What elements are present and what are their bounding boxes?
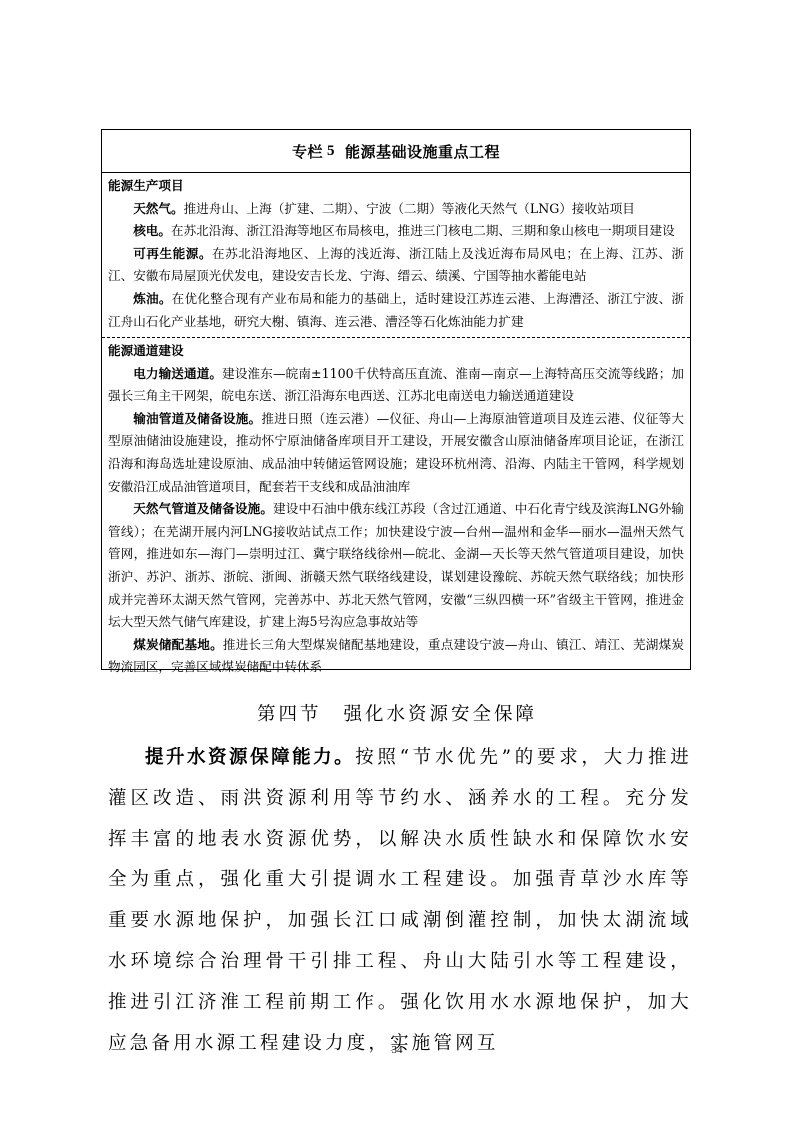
item-coal-storage: 煤炭储配基地。推进长三角大型煤炭储配基地建设，重点建设宁波—舟山、镇江、靖江、芜… (108, 634, 684, 679)
section-heading: 能源生产项目 (108, 175, 684, 198)
feature-box: 专栏 5 能源基础设施重点工程 能源生产项目 天然气。推进舟山、上海（扩建、二期… (101, 129, 691, 670)
feature-box-title: 专栏 5 能源基础设施重点工程 (102, 130, 690, 173)
item-lead: 电力输送通道。 (133, 366, 222, 381)
feature-box-number: 5 (327, 143, 335, 160)
section-number: 第四节 (257, 704, 322, 725)
box-section-energy-channels: 能源通道建设 电力输送通道。建设淮东—皖南±1100千伏特高压直流、淮南—南京—… (102, 338, 690, 681)
box-section-energy-production: 能源生产项目 天然气。推进舟山、上海（扩建、二期）、宁波（二期）等液化天然气（L… (102, 173, 690, 338)
item-refining: 炼油。在优化整合现有产业布局和能力的基础上，适时建设江苏连云港、上海漕泾、浙江宁… (108, 288, 684, 333)
document-page: 专栏 5 能源基础设施重点工程 能源生产项目 天然气。推进舟山、上海（扩建、二期… (0, 0, 794, 1123)
section-heading: 能源通道建设 (108, 340, 684, 363)
item-text: 在苏北沿海、浙江沿海等地区布局核电，推进三门核电二期、三期和象山核电一期项目建设 (171, 223, 675, 238)
feature-box-prefix: 专栏 (292, 141, 323, 162)
paragraph-lead: 提升水资源保障能力。 (145, 747, 355, 768)
paragraph-text: 按照“节水优先”的要求，大力推进灌区改造、雨洪资源利用等节约水、涵养水的工程。充… (108, 747, 692, 1054)
item-lead: 核电。 (133, 223, 171, 238)
item-lead: 煤炭储配基地。 (133, 637, 223, 652)
item-gas-pipelines: 天然气管道及储备设施。建设中石油中俄东线江苏段（含过江通道、中石化青宁线及滨海L… (108, 498, 684, 634)
item-lead: 天然气管道及储备设施。 (133, 501, 273, 516)
item-lead: 可再生能源。 (133, 246, 212, 261)
body-paragraph: 提升水资源保障能力。按照“节水优先”的要求，大力推进灌区改造、雨洪资源利用等节约… (108, 738, 692, 1064)
item-renewable: 可再生能源。在苏北沿海地区、上海的浅近海、浙江陆上及浅近海布局风电；在上海、江苏… (108, 243, 684, 288)
item-text: 推进舟山、上海（扩建、二期）、宁波（二期）等液化天然气（LNG）接收站项目 (184, 201, 635, 216)
feature-box-title-text: 能源基础设施重点工程 (345, 141, 500, 162)
item-nuclear: 核电。在苏北沿海、浙江沿海等地区布局核电，推进三门核电二期、三期和象山核电一期项… (108, 220, 684, 243)
item-power-transmission: 电力输送通道。建设淮东—皖南±1100千伏特高压直流、淮南—南京—上海特高压交流… (108, 363, 684, 408)
item-lead: 输油管道及储备设施。 (133, 411, 261, 426)
item-text: 在优化整合现有产业布局和能力的基础上，适时建设江苏连云港、上海漕泾、浙江宁波、浙… (108, 291, 684, 329)
item-oil-pipelines: 输油管道及储备设施。推进日照（连云港）—仪征、舟山—上海原油管道项目及连云港、仪… (108, 408, 684, 498)
section-title-text: 强化水资源安全保障 (344, 704, 538, 725)
item-lead: 炼油。 (133, 291, 171, 306)
section-heading-4: 第四节强化水资源安全保障 (0, 700, 794, 726)
item-lead: 天然气。 (133, 201, 183, 216)
item-text: 建设中石油中俄东线江苏段（含过江通道、中石化青宁线及滨海LNG外输管线）；在芜湖… (108, 501, 684, 629)
page-number: 34 (0, 1044, 794, 1056)
item-natural-gas: 天然气。推进舟山、上海（扩建、二期）、宁波（二期）等液化天然气（LNG）接收站项… (108, 198, 684, 221)
